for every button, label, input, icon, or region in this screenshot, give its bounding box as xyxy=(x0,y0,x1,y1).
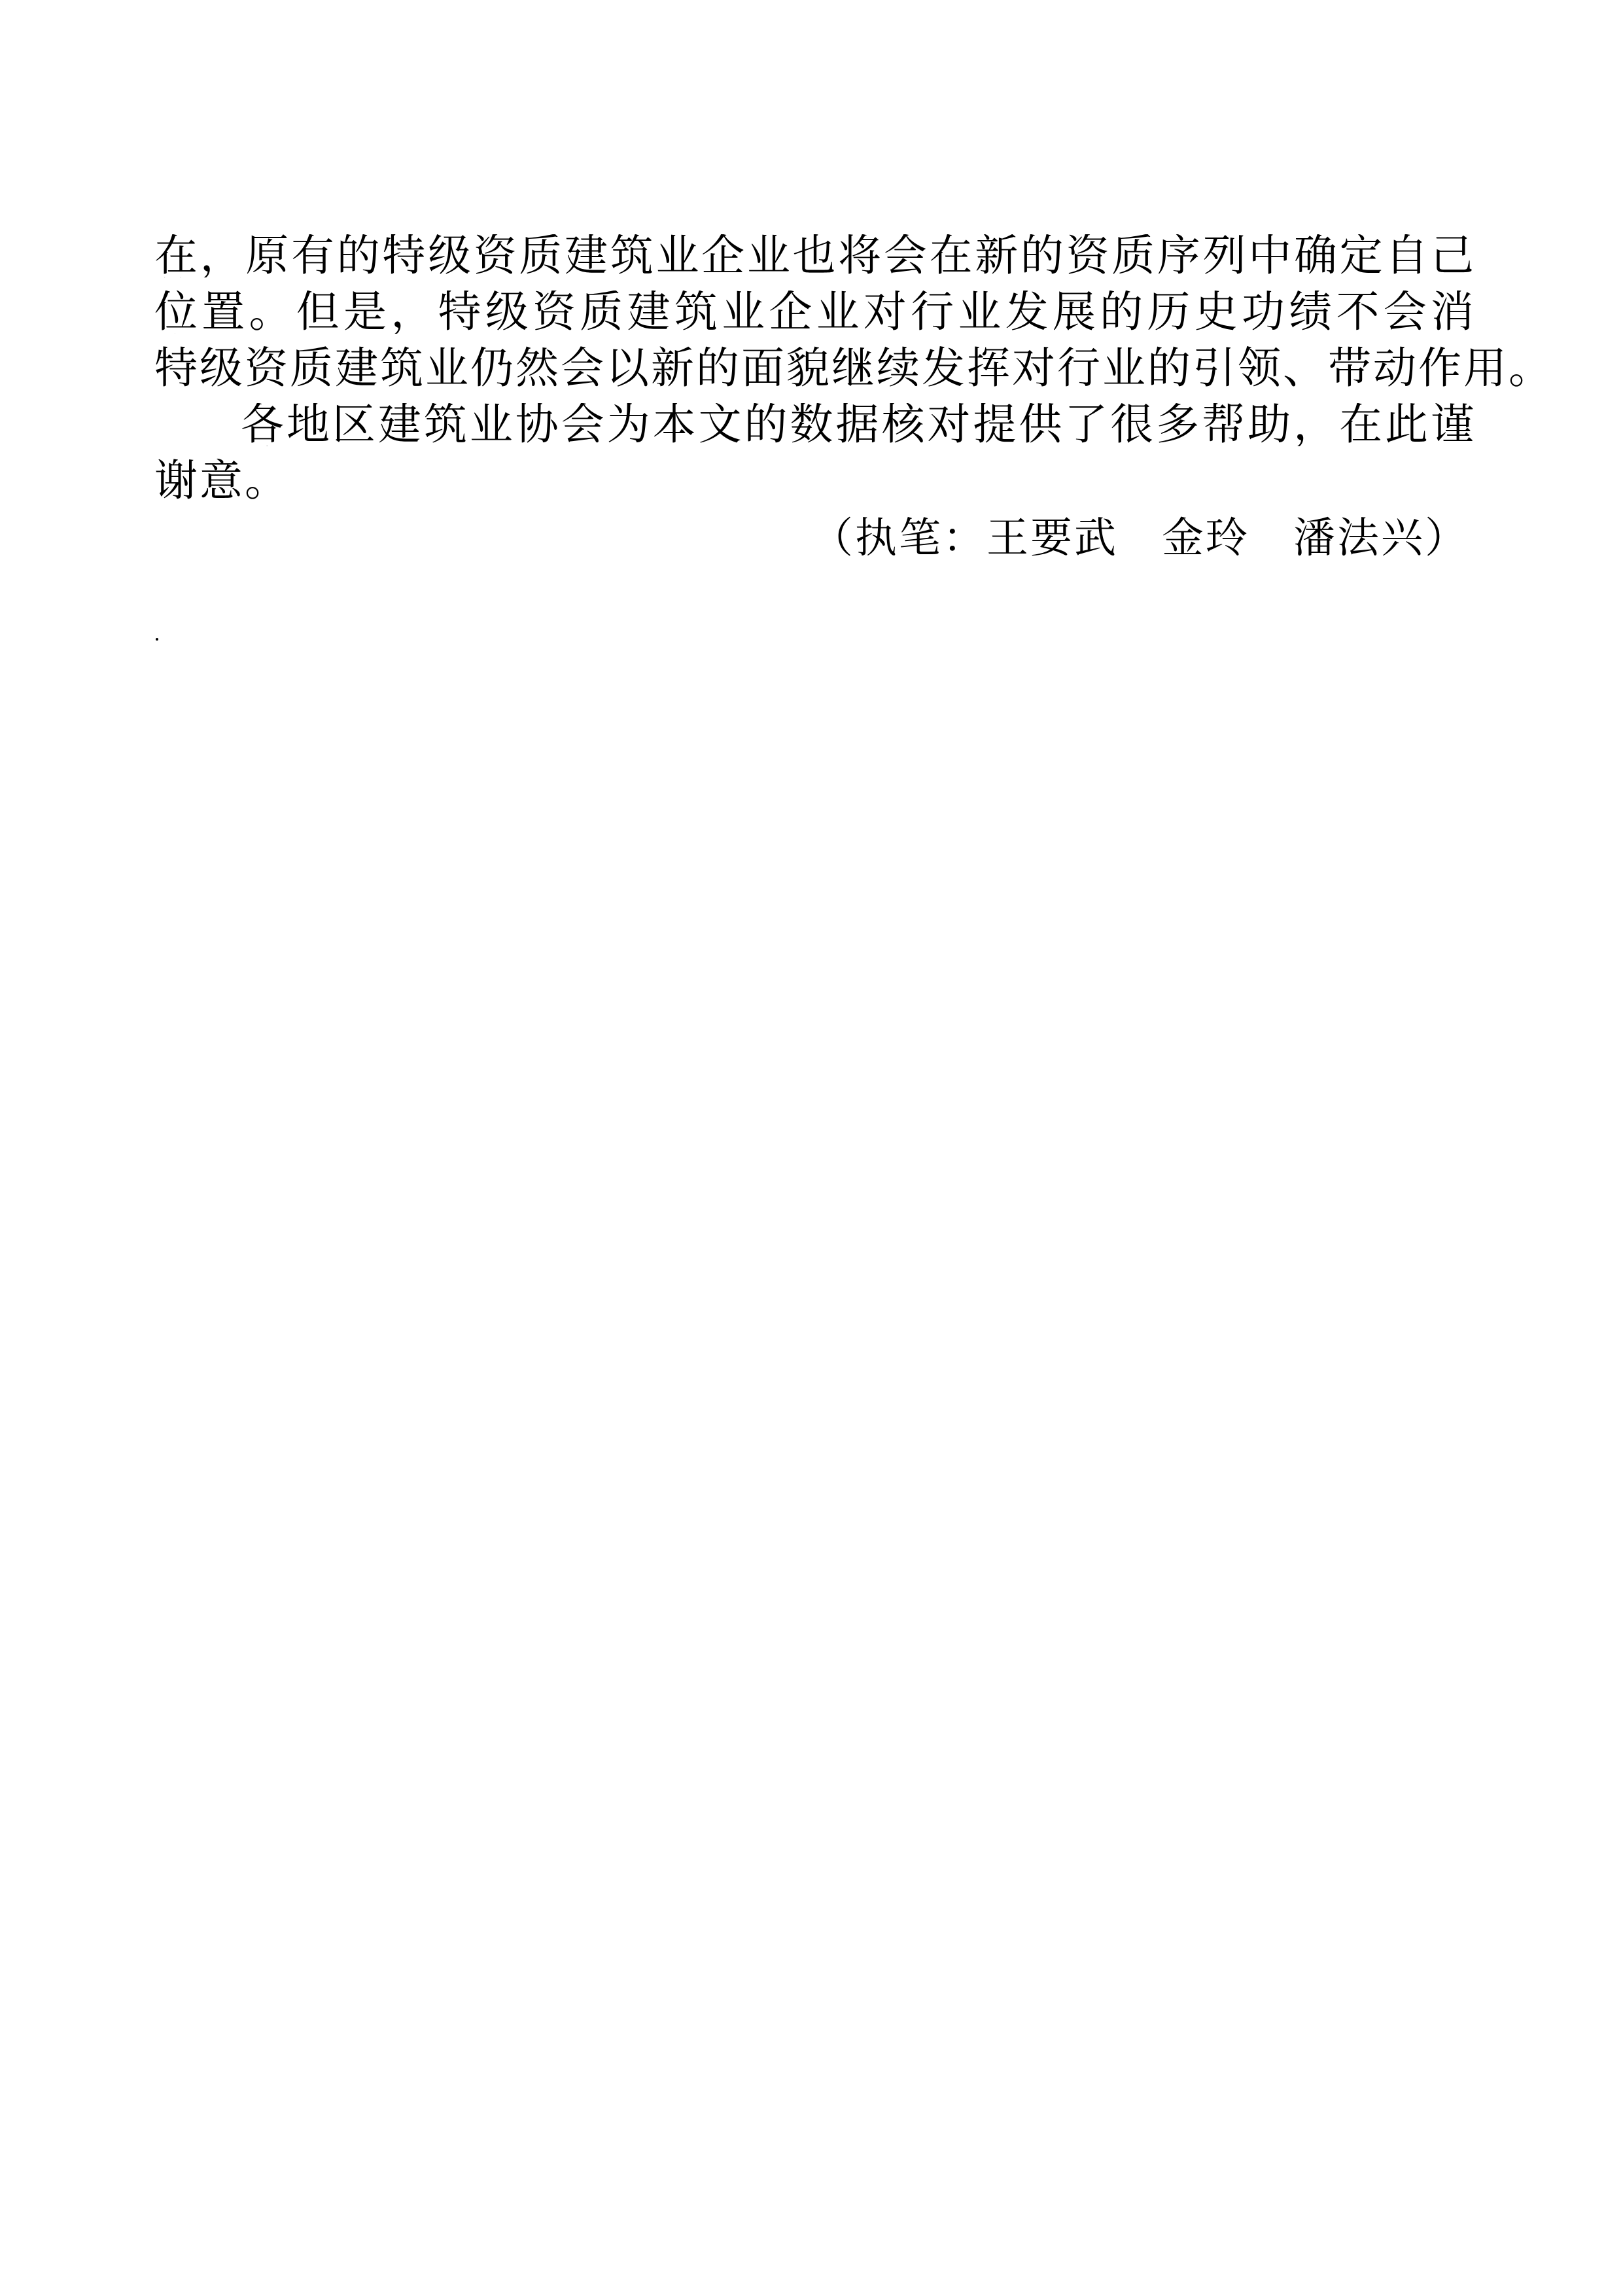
document-page: 在，原有的特级资质建筑业企业也将会在新的资质序列中确定自己的 位置。但是，特级资… xyxy=(0,0,1623,2296)
paragraph-2-line-1: 各地区建筑业协会为本文的数据核对提供了很多帮助，在此谨致 xyxy=(154,403,1476,446)
paragraph-2-line-2: 谢意。 xyxy=(154,459,1476,503)
author-signature: （执笔：王要武 金玲 潘法兴） xyxy=(811,517,1469,560)
stray-dot-mark xyxy=(156,638,158,641)
paragraph-1-line-3: 特级资质建筑业仍然会以新的面貌继续发挥对行业的引领、带动作用。 xyxy=(154,347,1476,390)
body-text: 在，原有的特级资质建筑业企业也将会在新的资质序列中确定自己的 位置。但是，特级资… xyxy=(154,234,1476,516)
paragraph-1-line-1: 在，原有的特级资质建筑业企业也将会在新的资质序列中确定自己的 xyxy=(154,234,1476,277)
paragraph-1-line-2: 位置。但是，特级资质建筑业企业对行业发展的历史功绩不会消失， xyxy=(154,291,1476,334)
